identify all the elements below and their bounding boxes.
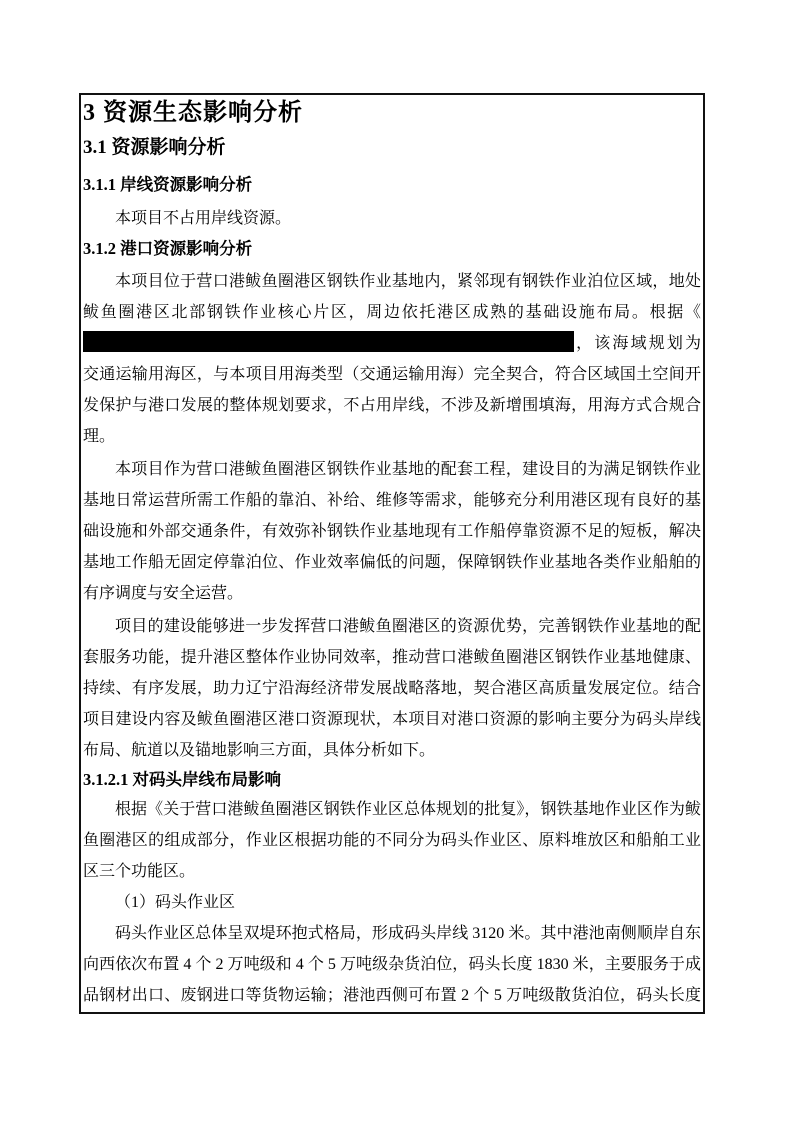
redaction-bar-1 [83, 331, 164, 352]
paragraph-shoreline-resource: 本项目不占用岸线资源。 [83, 203, 701, 234]
subsection-heading-3-1-2: 3.1.2 港口资源影响分析 [83, 237, 701, 261]
paragraph-port-location: 本项目位于营口港鲅鱼圈港区钢铁作业基地内，紧邻现有钢铁作业泊位区域，地处鲅鱼圈港… [83, 266, 701, 452]
paragraph-project-benefit: 项目的建设能够进一步发挥营口港鲅鱼圈港区的资源优势，完善钢铁作业基地的配套服务功… [83, 611, 701, 766]
paragraph-planning-approval: 根据《关于营口港鲅鱼圈港区钢铁作业区总体规划的批复》，钢铁基地作业区作为鲅鱼圈港… [83, 794, 701, 887]
document-page: 3 资源生态影响分析 3.1 资源影响分析 3.1.1 岸线资源影响分析 本项目… [0, 0, 793, 1122]
subsection-heading-3-1-2-1: 3.1.2.1 对码头岸线布局影响 [83, 768, 701, 792]
chapter-heading: 3 资源生态影响分析 [83, 97, 701, 129]
document-frame: 3 资源生态影响分析 3.1 资源影响分析 3.1.1 岸线资源影响分析 本项目… [79, 93, 705, 1014]
section-heading-3-1: 3.1 资源影响分析 [83, 135, 701, 161]
paragraph-text-before-redaction: 本项目位于营口港鲅鱼圈港区钢铁作业基地内，紧邻现有钢铁作业泊位区域，地处鲅鱼圈港… [83, 273, 701, 321]
subsection-heading-3-1-1: 3.1.1 岸线资源影响分析 [83, 173, 701, 197]
list-item-wharf-operation-area: （1）码头作业区 [83, 887, 701, 918]
paragraph-project-purpose: 本项目作为营口港鲅鱼圈港区钢铁作业基地的配套工程，建设目的为满足钢铁作业基地日常… [83, 454, 701, 609]
paragraph-wharf-layout: 码头作业区总体呈双堤环抱式格局，形成码头岸线 3120 米。其中港池南侧顺岸自东… [83, 918, 701, 1014]
redaction-bar-2 [164, 331, 574, 352]
